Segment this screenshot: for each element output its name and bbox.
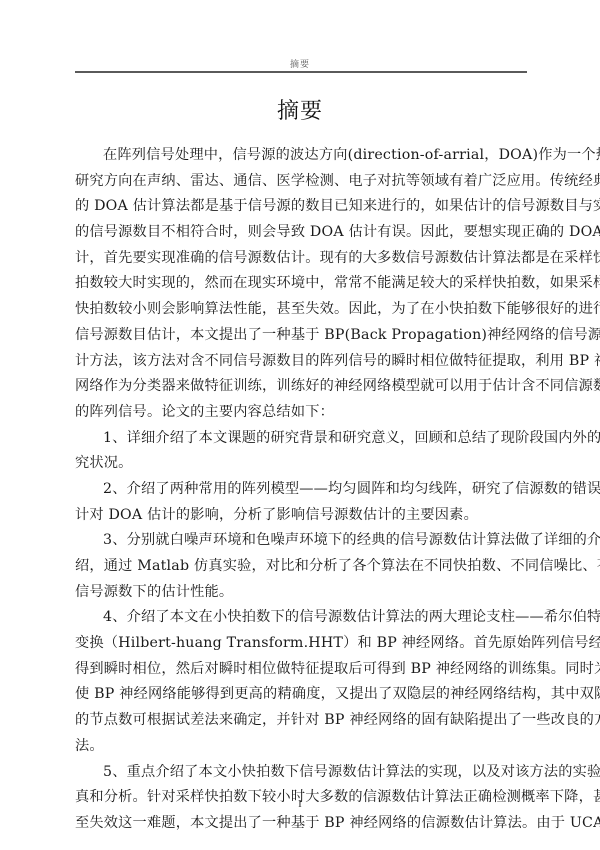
text-line: 研究方向在声纳、雷达、通信、医学检测、电子对抗等领域有着广泛应用。传统经典 xyxy=(75,169,527,195)
text-line: 至失效这一难题，本文提出了一种基于 BP 神经网络的信源数估计算法。由于 UCA… xyxy=(75,811,527,837)
text-line: 的信号源数目不相符合时，则会导致 DOA 估计有误。因此，要想实现正确的 DOA… xyxy=(75,220,527,246)
text-line: 2、介绍了两种常用的阵列模型——均匀圆阵和均匀线阵，研究了信源数的错误估 xyxy=(75,477,527,503)
text-line: 绍，通过 Matlab 仿真实验，对比和分析了各个算法在不同快拍数、不同信噪比、… xyxy=(75,554,527,580)
text-line: 在阵列信号处理中，信号源的波达方向(direction-of-arrial，DO… xyxy=(75,143,527,169)
text-line: 3、分别就白噪声环境和色噪声环境下的经典的信号源数估计算法做了详细的介 xyxy=(75,528,527,554)
page-number: I xyxy=(0,798,600,810)
text-line: 计，首先要实现准确的信号源数估计。现有的大多数信号源数估计算法都是在采样快 xyxy=(75,246,527,272)
summary-item-4: 4、介绍了本文在小快拍数下的信号源数估计算法的两大理论支柱——希尔伯特黄 变换（… xyxy=(75,605,527,759)
text-line: 信号源数目估计，本文提出了一种基于 BP(Back Propagation)神经… xyxy=(75,323,527,349)
text-line: 信号源数下的估计性能。 xyxy=(75,580,527,606)
text-line: 拍数较大时实现的，然而在现实环境中，常常不能满足较大的采样快拍数，如果采样 xyxy=(75,271,527,297)
text-line: 使 BP 神经网络能够得到更高的精确度，又提出了双隐层的神经网络结构，其中双隐层 xyxy=(75,682,527,708)
text-line: 变换（Hilbert-huang Transform.HHT）和 BP 神经网络… xyxy=(75,631,527,657)
text-line: 究状况。 xyxy=(75,451,527,477)
header-rule xyxy=(75,71,527,73)
text-line: 1、详细介绍了本文课题的研究背景和研究意义，回顾和总结了现阶段国内外的研 xyxy=(75,426,527,452)
text-line: 法。 xyxy=(75,734,527,760)
text-line: 快拍数较小则会影响算法性能，甚至失效。因此，为了在小快拍数下能够很好的进行 xyxy=(75,297,527,323)
text-line: 4、介绍了本文在小快拍数下的信号源数估计算法的两大理论支柱——希尔伯特黄 xyxy=(75,605,527,631)
running-header: 摘要 xyxy=(0,57,600,70)
page-title: 摘要 xyxy=(0,94,600,125)
summary-item-1: 1、详细介绍了本文课题的研究背景和研究意义，回顾和总结了现阶段国内外的研 究状况… xyxy=(75,426,527,477)
summary-item-2: 2、介绍了两种常用的阵列模型——均匀圆阵和均匀线阵，研究了信源数的错误估 计对 … xyxy=(75,477,527,528)
text-line: 的节点数可根据试差法来确定，并针对 BP 神经网络的固有缺陷提出了一些改良的方 xyxy=(75,708,527,734)
summary-item-3: 3、分别就白噪声环境和色噪声环境下的经典的信号源数估计算法做了详细的介 绍，通过… xyxy=(75,528,527,605)
text-line: 5、重点介绍了本文小快拍数下信号源数估计算法的实现，以及对该方法的实验仿 xyxy=(75,760,527,786)
text-line: 网络作为分类器来做特征训练，训练好的神经网络模型就可以用于估计含不同信源数 xyxy=(75,374,527,400)
text-line: 计方法，该方法对含不同信号源数目的阵列信号的瞬时相位做特征提取，利用 BP 神经 xyxy=(75,349,527,375)
text-line: 的阵列信号。论文的主要内容总结如下： xyxy=(75,400,527,426)
abstract-body: 在阵列信号处理中，信号源的波达方向(direction-of-arrial，DO… xyxy=(75,143,527,837)
text-line: 得到瞬时相位，然后对瞬时相位做特征提取后可得到 BP 神经网络的训练集。同时为了 xyxy=(75,657,527,683)
text-line: 的 DOA 估计算法都是基于信号源的数目已知来进行的，如果估计的信号源数目与实际 xyxy=(75,194,527,220)
intro-paragraph: 在阵列信号处理中，信号源的波达方向(direction-of-arrial，DO… xyxy=(75,143,527,426)
text-line: 计对 DOA 估计的影响，分析了影响信号源数估计的主要因素。 xyxy=(75,503,527,529)
